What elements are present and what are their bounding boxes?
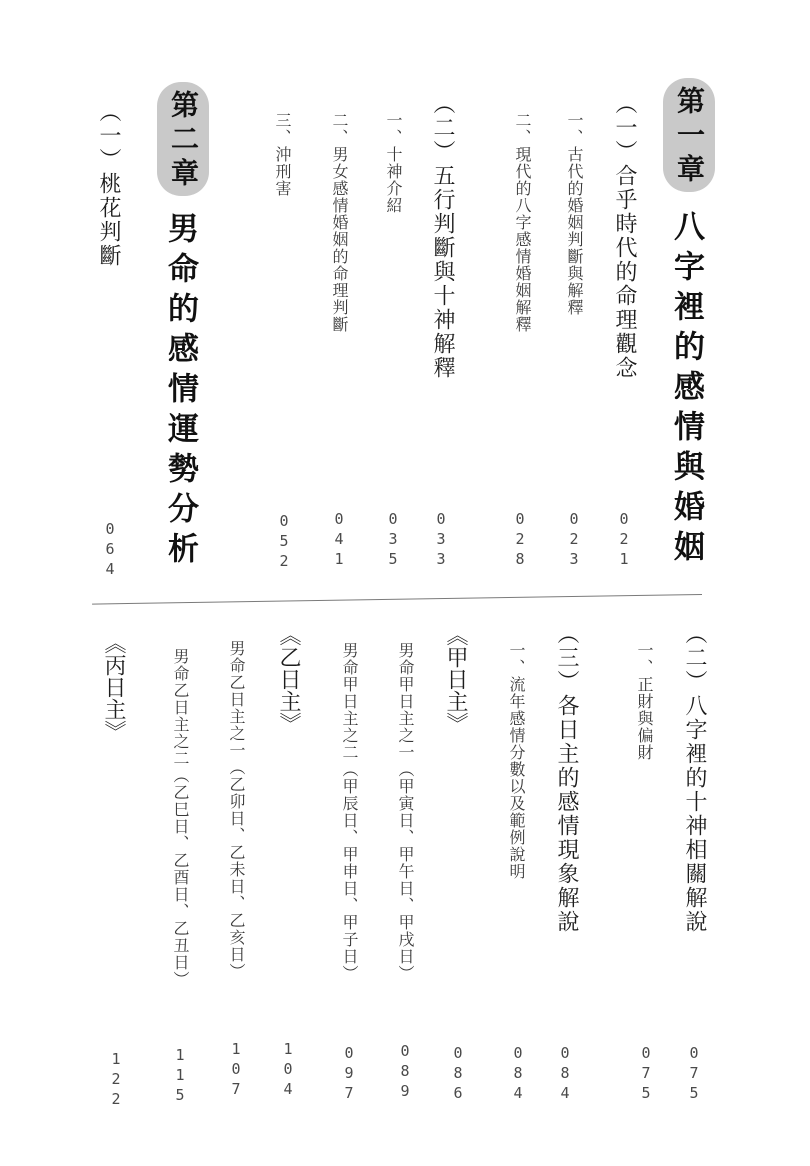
chapter2-title[interactable]: 男命的感情運勢分析 bbox=[164, 212, 195, 572]
day-master-heading[interactable]: 《丙日主》 bbox=[102, 632, 124, 742]
toc-entry-page: 089 bbox=[397, 1042, 412, 1102]
toc-entry-page: 115 bbox=[172, 1046, 187, 1106]
toc-entry-label[interactable]: 一、流年感情分數以及範例說明 bbox=[508, 642, 524, 880]
toc-entry-page: 023 bbox=[566, 510, 581, 570]
toc-entry-label[interactable]: 二、現代的八字感情婚姻解釋 bbox=[514, 112, 530, 333]
toc-entry-label[interactable]: 男命乙日主之二（乙巳日、乙酉日、乙丑日） bbox=[172, 648, 188, 988]
toc-entry-label[interactable]: 一、十神介紹 bbox=[385, 112, 401, 214]
toc-entry-label[interactable]: 一、正財與偏財 bbox=[636, 642, 652, 761]
toc-entry-label[interactable]: （一）桃花判斷 bbox=[97, 100, 119, 268]
toc-entry-page: 097 bbox=[341, 1044, 356, 1104]
chapter2-badge-label: 第二章 bbox=[157, 90, 209, 192]
chapter1-badge-label: 第一章 bbox=[663, 86, 715, 188]
page-divider bbox=[92, 594, 702, 605]
toc-entry-label[interactable]: 二、男女感情婚姻的命理判斷 bbox=[331, 112, 347, 333]
toc-entry-label[interactable]: 男命甲日主之二（甲辰日、甲申日、甲子日） bbox=[341, 642, 357, 982]
toc-entry-page: 107 bbox=[228, 1040, 243, 1100]
toc-entry-label[interactable]: （一）合乎時代的命理觀念 bbox=[613, 92, 635, 380]
chapter2-badge: 第二章 bbox=[157, 82, 209, 196]
toc-entry-page: 104 bbox=[280, 1040, 295, 1100]
toc-entry-label[interactable]: （二）五行判斷與十神解釋 bbox=[431, 92, 453, 380]
toc-entry-page: 033 bbox=[433, 510, 448, 570]
toc-entry-page: 122 bbox=[108, 1050, 123, 1110]
toc-entry-page: 035 bbox=[385, 510, 400, 570]
toc-entry-page: 075 bbox=[686, 1044, 701, 1104]
chapter1-badge: 第一章 bbox=[663, 78, 715, 192]
day-master-heading[interactable]: 《乙日主》 bbox=[277, 624, 299, 734]
toc-entry-page: 021 bbox=[616, 510, 631, 570]
day-master-heading[interactable]: 《甲日主》 bbox=[444, 624, 466, 734]
toc-entry-label[interactable]: 三、沖刑害 bbox=[274, 112, 290, 197]
toc-entry-label[interactable]: 男命甲日主之一（甲寅日、甲午日、甲戌日） bbox=[397, 642, 413, 982]
toc-entry-label[interactable]: （三）各日主的感情現象解說 bbox=[555, 622, 577, 934]
toc-entry-page: 064 bbox=[102, 520, 117, 580]
toc-entry-page: 041 bbox=[331, 510, 346, 570]
toc-entry-label[interactable]: （二）八字裡的十神相關解說 bbox=[683, 622, 705, 934]
toc-entry-page: 075 bbox=[638, 1044, 653, 1104]
toc-entry-page: 084 bbox=[557, 1044, 572, 1104]
chapter1-title[interactable]: 八字裡的感情與婚姻 bbox=[670, 210, 701, 570]
toc-entry-label[interactable]: 男命乙日主之一（乙卯日、乙未日、乙亥日） bbox=[228, 640, 244, 980]
toc-entry-label[interactable]: 一、古代的婚姻判斷與解釋 bbox=[566, 112, 582, 316]
toc-entry-page: 084 bbox=[510, 1044, 525, 1104]
toc-entry-page: 028 bbox=[512, 510, 527, 570]
toc-entry-page: 086 bbox=[450, 1044, 465, 1104]
toc-entry-page: 052 bbox=[276, 512, 291, 572]
